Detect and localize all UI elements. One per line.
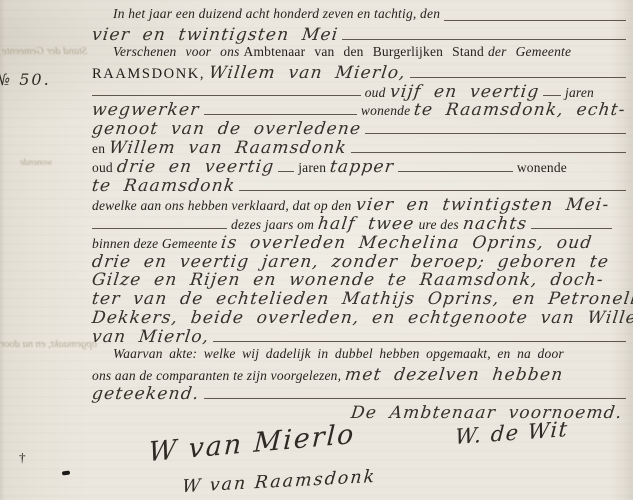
printed-text: Ambtenaar van den Burgerlijken Stand <box>244 44 484 60</box>
act-number: № 50. <box>0 70 51 89</box>
handwritten-text: drie en veertig <box>116 157 276 177</box>
text-line: Waarvan akte: welke wij dadelijk in dubb… <box>113 346 626 365</box>
handwritten-text: is overleden Mechelina Oprins, oud <box>220 233 594 253</box>
blank-fill-rule <box>92 228 227 229</box>
blank-fill-rule <box>365 133 626 134</box>
text-line: binnen deze Gemeenteis overleden Mecheli… <box>92 233 626 252</box>
ink-speck: † <box>19 450 26 466</box>
blank-fill-rule <box>351 152 626 153</box>
blank-fill-rule <box>278 171 294 172</box>
text-line: vier en twintigsten Mei <box>92 25 626 44</box>
text-line: dewelke aan ons hebben verklaard, dat op… <box>92 195 626 214</box>
text-line: dezes jaars omhalf tweeure desnachts <box>92 214 626 233</box>
printed-text: oud <box>365 85 386 101</box>
blank-fill-rule <box>92 95 361 96</box>
printed-text: dezes jaars om <box>231 217 314 233</box>
printed-text: der Gemeente <box>488 44 571 60</box>
text-line: geteekend. <box>92 384 626 403</box>
handwritten-text: Gilze en Rijen en wonende te Raamsdonk, … <box>91 270 605 290</box>
text-line: In het jaar een duizend acht honderd zev… <box>113 6 626 25</box>
printed-text: ure des <box>419 217 459 233</box>
certificate-text: In het jaar een duizend acht honderd zev… <box>92 6 626 422</box>
printed-text: ons aan de comparanten te zijn voorgelez… <box>92 368 341 384</box>
printed-text: wonende <box>517 160 567 176</box>
text-line: enWillem van Raamsdonk <box>92 138 626 157</box>
text-line: oudvijf en veertigjaren <box>92 82 626 101</box>
text-line: Gilze en Rijen en wonende te Raamsdonk, … <box>92 270 626 289</box>
blank-fill-rule <box>531 228 612 229</box>
bleed-through-text: opgemaakt, en na door <box>0 339 97 350</box>
handwritten-text: vijf en veertig <box>388 82 540 102</box>
blank-fill-rule <box>213 341 626 342</box>
handwritten-text: vier en twintigsten Mei- <box>354 195 610 215</box>
text-line: Verschenen voor onsAmbtenaar van den Bur… <box>113 44 626 63</box>
handwritten-text: De Ambtenaar voornoemd. <box>349 403 623 423</box>
handwritten-text: geteekend. <box>91 384 201 404</box>
text-line: wegwerkerwonendete Raamsdonk, echt- <box>92 100 626 119</box>
handwritten-text: Willem van Raamsdonk <box>108 138 348 158</box>
printed-text: jaren <box>298 160 326 176</box>
printed-text: en <box>92 141 105 157</box>
blank-fill-rule <box>204 398 627 399</box>
handwritten-text: Dekkers, beide overleden, en echtgenoote… <box>91 308 633 328</box>
handwritten-text: van Mierlo, <box>91 327 211 347</box>
signature-w-van-raamsdonk: W van Raamsdonk <box>181 467 377 497</box>
printed-text: RAAMSDONK, <box>92 66 205 83</box>
blank-fill-rule <box>239 190 626 191</box>
blank-fill-rule <box>444 20 626 21</box>
printed-text: jaren <box>565 85 594 101</box>
handwritten-text: te Raamsdonk <box>91 176 237 196</box>
printed-text: Waarvan akte: welke wij dadelijk in dubb… <box>113 346 564 362</box>
blank-fill-rule <box>342 39 626 40</box>
text-line: Dekkers, beide overleden, en echtgenoote… <box>92 308 626 327</box>
handwritten-text: tapper <box>329 157 396 177</box>
printed-text: Verschenen voor ons <box>113 44 240 60</box>
handwritten-text: nachts <box>462 214 529 234</box>
handwritten-text: met dezelven hebben <box>344 365 565 385</box>
bleed-through-text: wonende <box>20 157 52 167</box>
blank-fill-rule <box>398 171 513 172</box>
text-line: RAAMSDONK,Willem van Mierlo, <box>92 63 626 82</box>
text-line: te Raamsdonk <box>92 176 626 195</box>
handwritten-text: half twee <box>317 214 416 234</box>
handwritten-text: drie en veertig jaren, zonder beroep; ge… <box>91 252 611 272</box>
printed-text: oud <box>92 160 113 176</box>
printed-text: binnen deze Gemeente <box>92 236 217 252</box>
blank-fill-rule <box>543 95 561 96</box>
text-line: van Mierlo, <box>92 327 626 346</box>
text-line: genoot van de overledene <box>92 119 626 138</box>
printed-text: wonende <box>361 103 410 119</box>
text-line: drie en veertig jaren, zonder beroep; ge… <box>92 252 626 271</box>
signature-w-van-mierlo: W van Mierlo <box>148 419 357 468</box>
handwritten-text: ter van de echtelieden Mathijs Oprins, e… <box>91 289 633 309</box>
handwritten-text: te Raamsdonk, echt- <box>413 100 627 120</box>
death-certificate-page: Stand der Gemeente № 50. wonende opgemaa… <box>0 0 633 500</box>
text-line: ons aan de comparanten te zijn voorgelez… <box>92 365 626 384</box>
handwritten-text: genoot van de overledene <box>91 119 363 139</box>
bleed-through-text: Stand der Gemeente <box>2 46 87 57</box>
ink-speck <box>62 470 70 475</box>
printed-text: dewelke aan ons hebben verklaard, dat op… <box>92 198 352 214</box>
blank-fill-rule <box>410 77 626 78</box>
blank-fill-rule <box>204 114 357 115</box>
printed-text: In het jaar een duizend acht honderd zev… <box>113 6 440 22</box>
text-line: ter van de echtelieden Mathijs Oprins, e… <box>92 289 626 308</box>
handwritten-text: Willem van Mierlo, <box>208 63 407 83</box>
handwritten-text: wegwerker <box>91 100 201 120</box>
handwritten-text: vier en twintigsten Mei <box>91 25 340 45</box>
text-line: ouddrie en veertigjarentapperwonende <box>92 157 626 176</box>
